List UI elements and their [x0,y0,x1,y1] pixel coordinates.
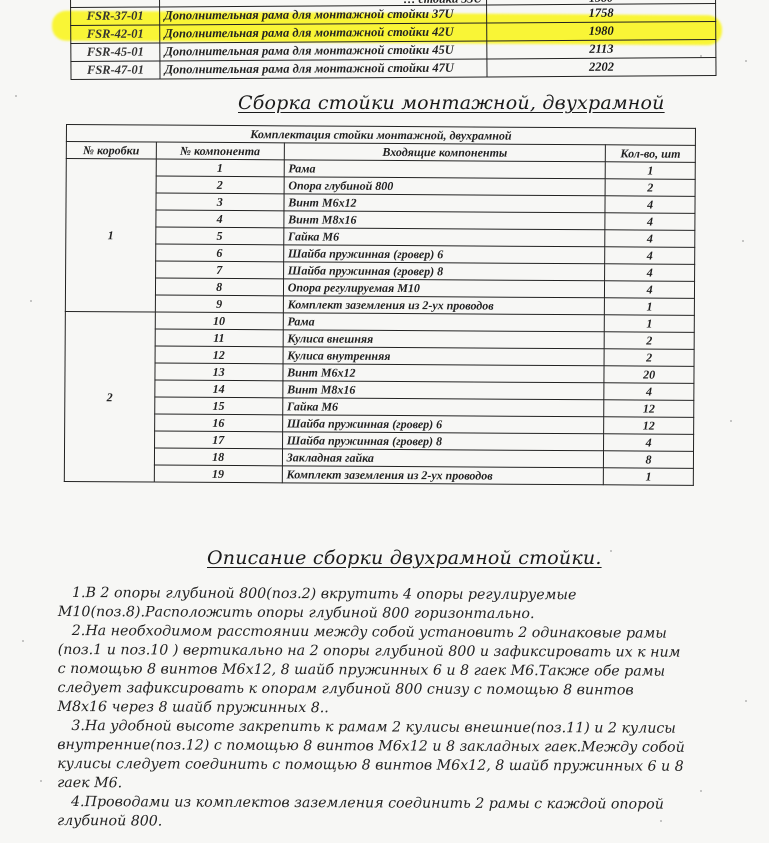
component-number: 17 [154,431,282,449]
description-step: 4.Проводами из комплектов заземления сое… [57,793,685,834]
header-components: Входящие компоненты [284,143,606,162]
component-number: 7 [155,261,283,279]
component-quantity: 4 [605,264,695,282]
component-number: 12 [155,346,283,364]
component-number: 9 [155,295,283,313]
assembly-description: 1.В 2 опоры глубиной 800(поз.2) вкрутить… [57,584,686,834]
scan-speck [745,60,747,62]
scan-speck [742,240,744,242]
product-description-text: Дополнительная рама для монтажной стойки… [164,43,454,59]
component-number: 16 [154,414,282,432]
component-name: Шайба пружинная (гровер) 6 [282,415,604,434]
component-quantity: 1 [605,162,695,180]
component-name: Опора глубиной 800 [284,177,606,196]
scan-speck [22,640,24,642]
component-number: 4 [156,210,284,228]
product-description-text: Дополнительная рама для монтажной стойки… [164,61,454,77]
scan-speck [610,550,612,552]
product-description-text: … стойки 33U [164,0,482,5]
component-name: Кулиса внутренняя [283,347,605,366]
scan-speck [350,560,352,562]
product-description-text: Дополнительная рама для монтажной стойки… [164,7,454,23]
component-quantity: 4 [604,383,694,401]
component-number: 13 [155,363,283,381]
product-description: Дополнительная рама для монтажной стойки… [160,23,487,43]
component-number: 15 [154,397,282,415]
product-value: 1980 [487,22,716,41]
component-quantity: 12 [604,400,694,418]
product-code: FSR-42-01 [71,25,160,44]
component-quantity: 1 [604,468,694,486]
component-number: 14 [155,380,283,398]
component-name: Гайка М6 [282,398,604,417]
component-quantity: 1 [605,298,695,316]
component-name: Комплект заземления из 2-ух проводов [283,296,605,315]
box-number: 2 [64,311,155,482]
product-description: Дополнительная рама для монтажной стойки… [160,59,487,79]
product-value: 2113 [487,40,716,59]
header-quantity: Кол-во, шт [606,145,696,163]
product-description: Дополнительная рама для монтажной стойки… [160,5,487,25]
component-name: Опора регулируемая М10 [283,279,605,298]
product-description-text: Дополнительная рама для монтажной стойки… [164,25,454,41]
scan-speck [30,300,32,302]
description-step: 1.В 2 опоры глубиной 800(поз.2) вкрутить… [58,584,686,625]
scan-speck [660,820,662,822]
component-number: 3 [156,193,284,211]
component-name: Шайба пружинная (гровер) 6 [283,245,605,264]
scan-speck [40,780,42,782]
component-number: 5 [155,227,283,245]
box-number: 1 [65,159,156,313]
component-quantity: 8 [604,451,694,469]
description-step: 3.На удобной высоте закрепить к рамам 2 … [57,717,685,796]
component-number: 6 [155,244,283,262]
component-quantity: 2 [605,179,695,197]
scan-speck [745,700,747,702]
component-quantity: 4 [605,281,695,299]
product-code: FSR-45-01 [71,43,160,62]
table-row: FSR-47-01Дополнительная рама для монтажн… [71,58,716,80]
component-quantity: 1 [605,315,695,333]
component-name: Закладная гайка [282,449,604,468]
component-number: 18 [154,448,282,466]
product-value: 2202 [487,58,716,77]
component-name: Винт М8х16 [283,381,605,400]
table-row: 19Комплект заземления из 2-ух проводов1 [64,464,693,485]
component-name: Рама [284,160,606,179]
component-quantity: 12 [604,417,694,435]
component-name: Комплект заземления из 2-ух проводов [282,466,604,485]
component-name: Шайба пружинная (гровер) 8 [282,432,604,451]
header-box-number: № коробки [66,142,156,160]
component-name: Рама [283,313,605,332]
component-number: 2 [156,176,284,194]
component-quantity: 2 [604,332,694,350]
component-name: Винт М6х12 [283,364,605,383]
scan-speck [700,790,702,792]
component-quantity: 2 [604,349,694,367]
component-quantity: 4 [605,196,695,214]
component-quantity: 4 [605,247,695,265]
component-number: 10 [155,312,283,330]
frame-price-table: … стойки 33U1580FSR-37-01Дополнительная … [70,0,717,80]
component-quantity: 4 [605,213,695,231]
component-number: 19 [154,465,282,483]
kit-contents-table: Комплектация стойки монтажной, двухрамно… [64,124,696,486]
description-section-title: Описание сборки двухрамной стойки. [207,547,602,569]
product-value: 1758 [487,4,716,23]
product-description: Дополнительная рама для монтажной стойки… [160,41,487,61]
component-quantity: 4 [605,230,695,248]
scan-speck [730,420,732,422]
description-step: 2.На необходимом расстоянии между собой … [57,622,685,720]
product-code: FSR-37-01 [71,7,160,26]
component-name: Шайба пружинная (гровер) 8 [283,262,605,281]
component-name: Винт М8х16 [284,211,606,230]
scan-speck [520,590,522,592]
component-number: 1 [156,159,284,177]
component-quantity: 4 [604,434,694,452]
component-number: 11 [155,329,283,347]
component-name: Кулиса внешняя [283,330,605,349]
component-name: Винт М6х12 [284,194,606,213]
header-component-number: № компонента [156,142,284,160]
product-code: FSR-47-01 [71,61,160,80]
component-quantity: 20 [604,366,694,384]
assembly-section-title: Сборка стойки монтажной, двухрамной [238,92,665,114]
scan-speck [15,95,17,97]
component-number: 8 [155,278,283,296]
component-name: Гайка М6 [283,228,605,247]
